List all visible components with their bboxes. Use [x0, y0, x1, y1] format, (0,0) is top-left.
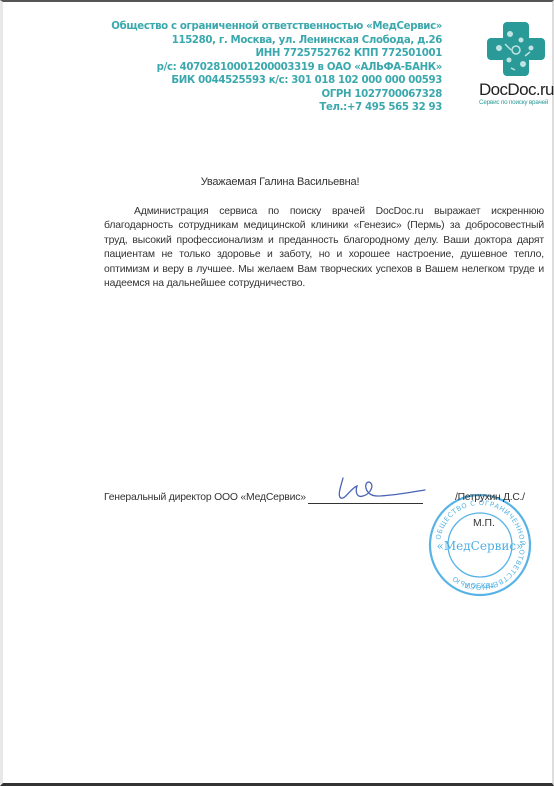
- company-name: Общество с ограниченной ответственностью…: [111, 20, 442, 34]
- stamp-city: МОСКВА: [465, 582, 496, 590]
- company-inn-kpp: ИНН 7725752762 КПП 772501001: [111, 47, 442, 61]
- handwritten-signature: [333, 474, 428, 509]
- stamp-center-text: «МедСервис»: [437, 539, 524, 553]
- signatory-title: Генеральный директор ООО «МедСервис»: [104, 492, 306, 503]
- company-ogrn: ОГРН 1027700067328: [111, 88, 442, 102]
- logo-name: DocDoc.ru: [479, 80, 554, 100]
- company-address: 115280, г. Москва, ул. Ленинская Слобода…: [111, 34, 442, 48]
- company-letterhead: Общество с ограниченной ответственностью…: [111, 20, 442, 115]
- company-phone: Тел.:+7 495 565 32 93: [111, 101, 442, 115]
- docdoc-logo: DocDoc.ru Сервис по поиску врачей: [477, 20, 554, 106]
- company-bik: БИК 0044525593 к/с: 301 018 102 000 000 …: [111, 74, 442, 88]
- medical-cross-icon: [477, 20, 554, 78]
- logo-tagline: Сервис по поиску врачей: [479, 99, 554, 106]
- company-account: р/с: 40702810001200003319 в ОАО «АЛЬФА-Б…: [111, 61, 442, 75]
- letter-page: Общество с ограниченной ответственностью…: [0, 0, 554, 786]
- signatory-name: /Петрухин Д.С./: [455, 492, 525, 503]
- seal-label: М.П.: [473, 518, 495, 529]
- company-stamp: ОБЩЕСТВО С ОГРАНИЧЕННОЙ ОТВЕТСТВЕННОСТЬЮ…: [427, 492, 533, 603]
- salutation: Уважаемая Галина Васильевна!: [3, 176, 554, 188]
- letter-body: Администрация сервиса по поиску врачей D…: [104, 205, 544, 291]
